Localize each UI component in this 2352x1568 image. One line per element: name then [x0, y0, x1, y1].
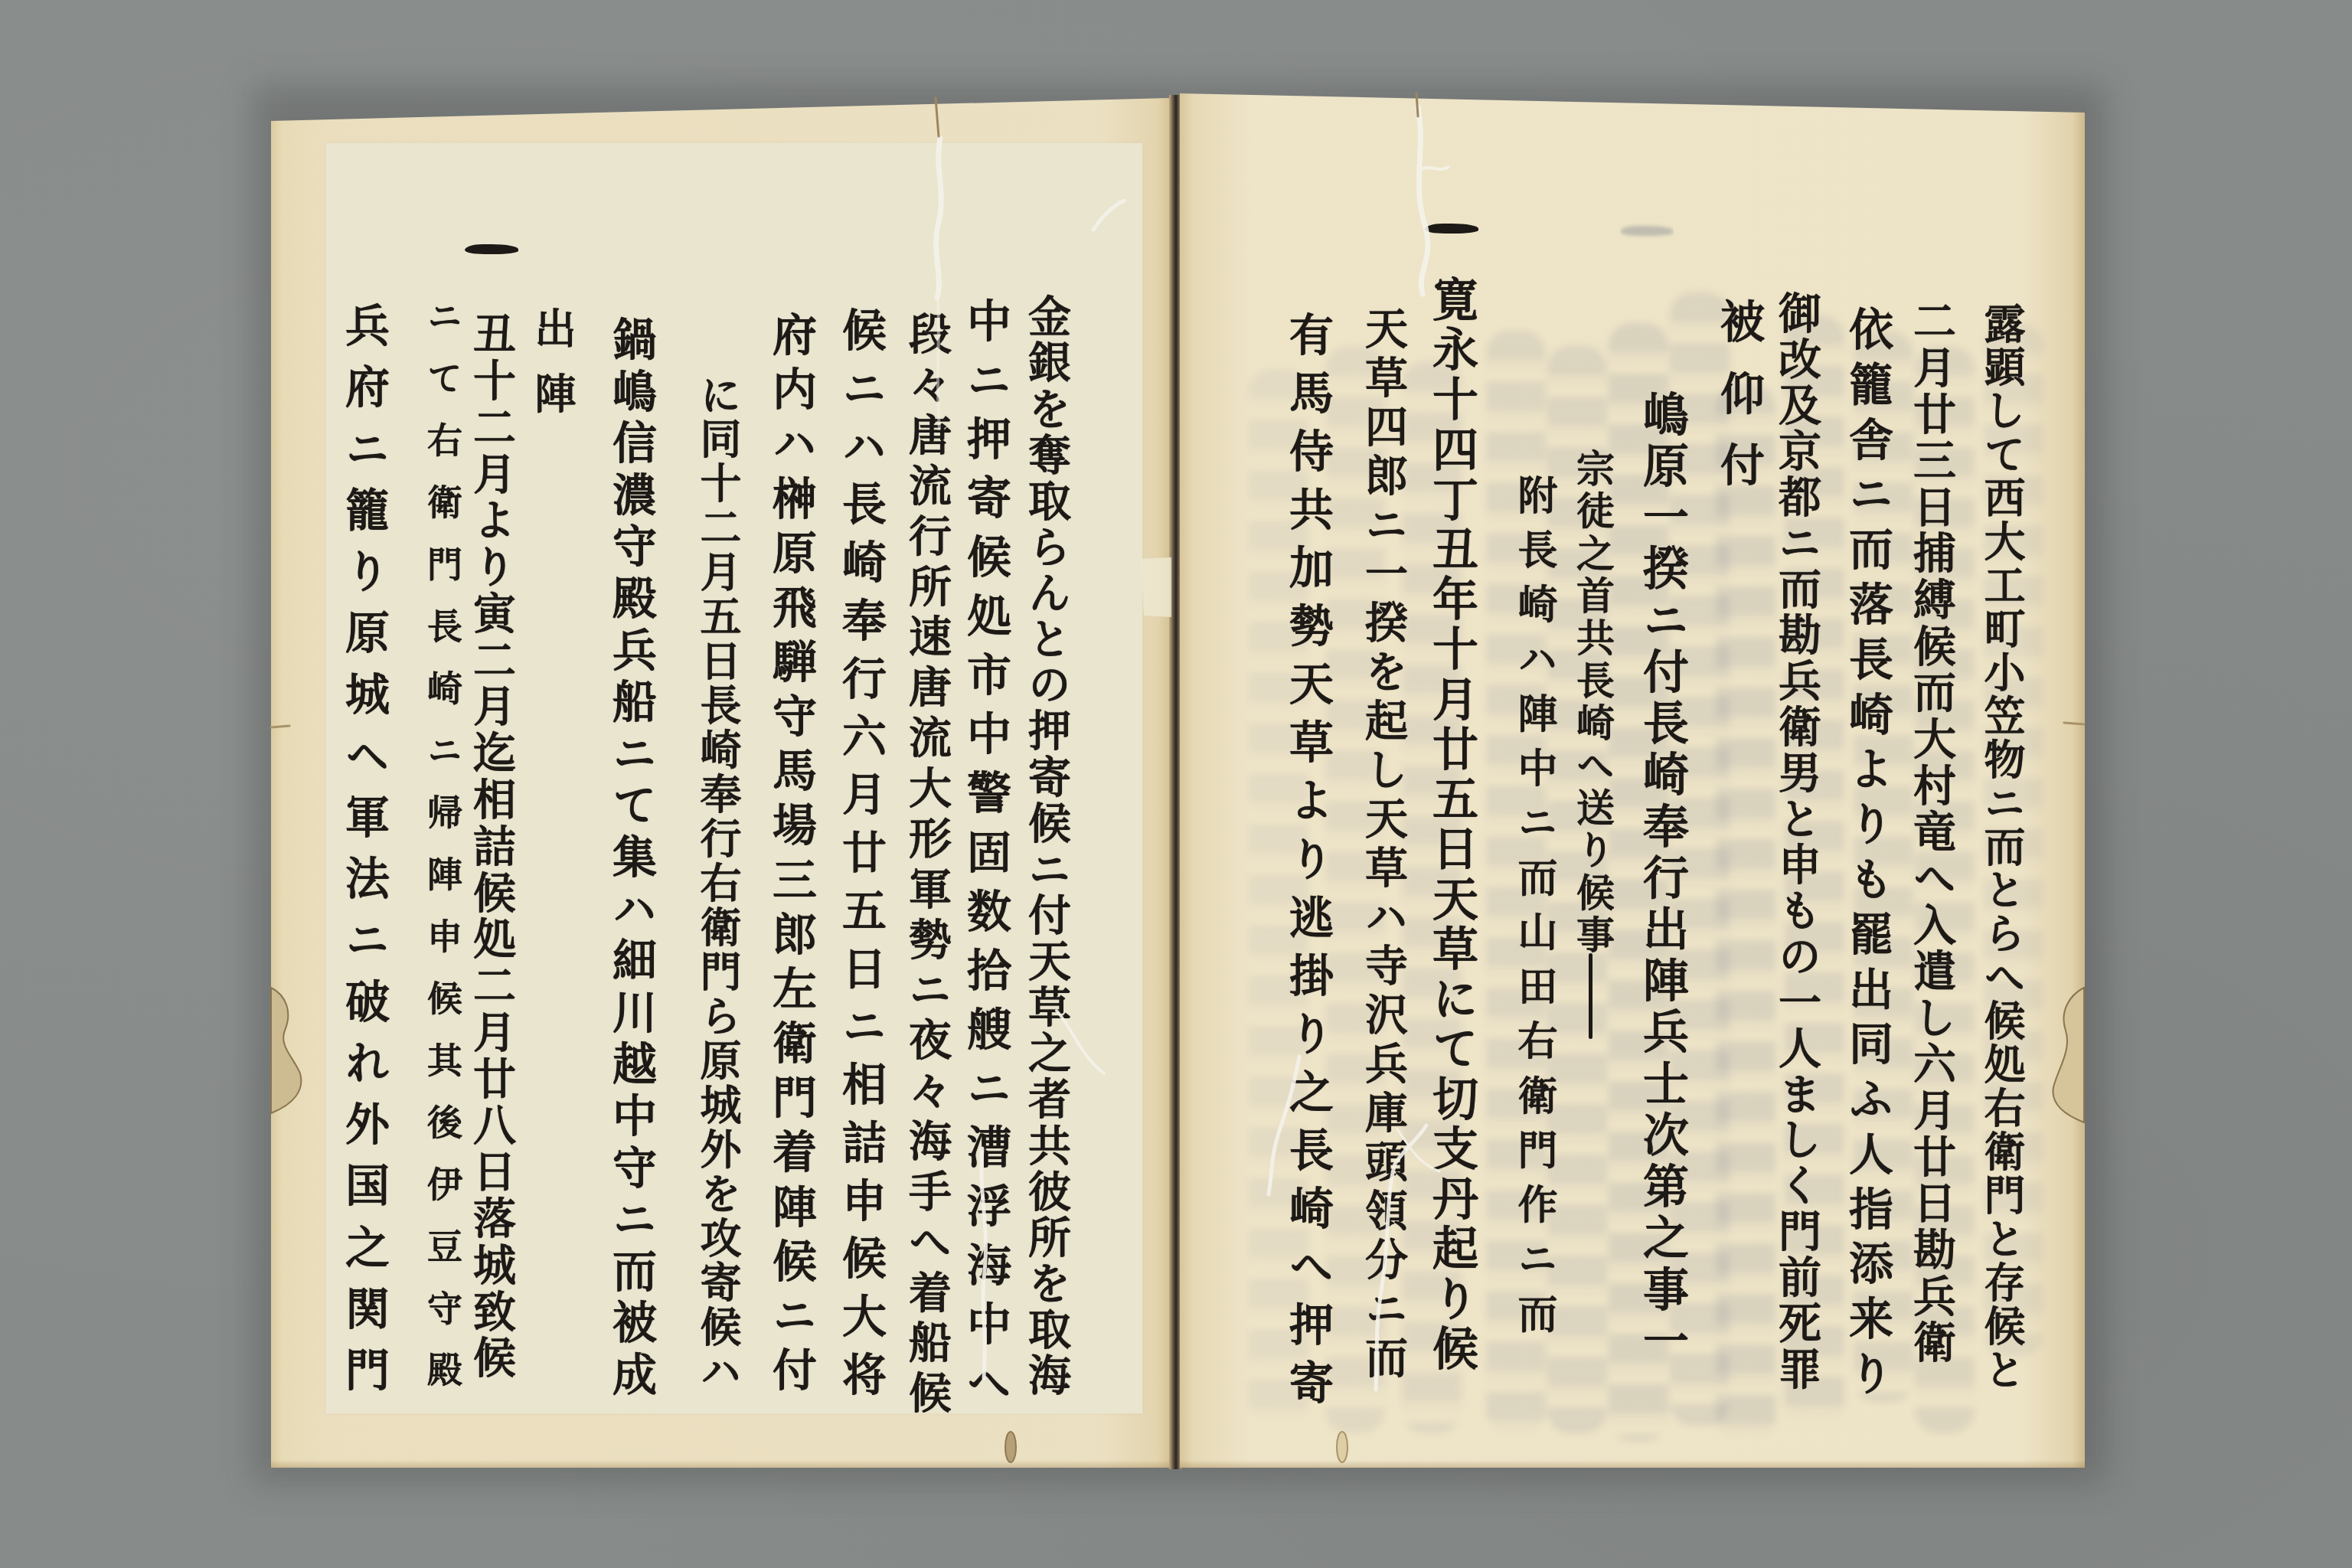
ink-line-mark	[1589, 953, 1592, 1039]
text-column: 依籠舎ニ而落長崎よりも罷出同ふ人指添来り	[1833, 306, 1902, 1395]
book-spine	[1169, 95, 1181, 1469]
bleed-through-marker: 一	[1620, 222, 1674, 239]
text-column: 府内ハ榊原飛騨守馬場三郎左衛門着陣候ニ付	[756, 312, 825, 1391]
page-edge	[271, 1460, 1171, 1468]
text-column-short: 被仰付	[1704, 299, 1773, 486]
text-column: 兵府ニ籠り原城ヘ軍法ニ破れ外国之関門	[329, 302, 398, 1391]
text-column-small: 宗徒之首共長崎へ送り候事	[1558, 449, 1627, 953]
text-column: 候ニハ長崎奉行六月廿五日ニ相詰申候大将	[826, 307, 895, 1396]
text-column: 金銀を奪取らんとの押寄候ニ付天草之者共彼所を取海	[1012, 294, 1081, 1396]
section-heading-column: 嶋原一揆ニ付長崎奉行出陣兵士次第之事一	[1628, 390, 1697, 1363]
left-page: 金銀を奪取らんとの押寄候ニ付天草之者共彼所を取海 中ニ押寄候処市中警固数拾艘ニ漕…	[271, 98, 1171, 1468]
text-column-small: 附長崎ハ陣中ニ而山田右衛門作ニ而	[1499, 475, 1568, 1333]
text-column: 有馬侍共加勢天草より逃掛り之長崎へ押寄	[1273, 312, 1342, 1404]
item-marker: 一	[1425, 220, 1478, 237]
text-column: 二月廿三日捕縛候而大村竜へ入遣し六月廿日勘兵衛	[1897, 299, 1966, 1363]
text-column-small: ニて右衛門長崎ニ帰陣申候其後伊豆守殿	[416, 298, 469, 1387]
text-column-short: 出陣	[518, 307, 587, 413]
item-marker: 一	[465, 240, 518, 257]
text-column: 寛永十四丁丑年十月廿五日天草にて切支丹起り候	[1417, 276, 1486, 1370]
page-edge	[1180, 1460, 2085, 1468]
text-column: 段々唐流行所速唐流大形軍勢ニ夜々海手へ着船候	[893, 312, 962, 1413]
text-column: に同十二月五日長崎奉行右衛門ら原城外を攻寄候ハ	[684, 374, 753, 1391]
text-column: 露顕して西大工町小笠物ニ而とらへ候処右衛門と存候と	[1968, 302, 2037, 1390]
text-column: 天草四郎ニ一揆を起し天草ハ寺沢兵庫頭領分ニ而	[1349, 306, 1418, 1378]
right-page: 一 露顕して西大工町小笠物ニ而とらへ候処右衛門と存候と 二月廿三日捕縛候而大村竜…	[1180, 93, 2085, 1468]
text-column: 鍋嶋信濃守殿兵船ニて集ハ細川越中守ニ而被成	[596, 316, 665, 1396]
